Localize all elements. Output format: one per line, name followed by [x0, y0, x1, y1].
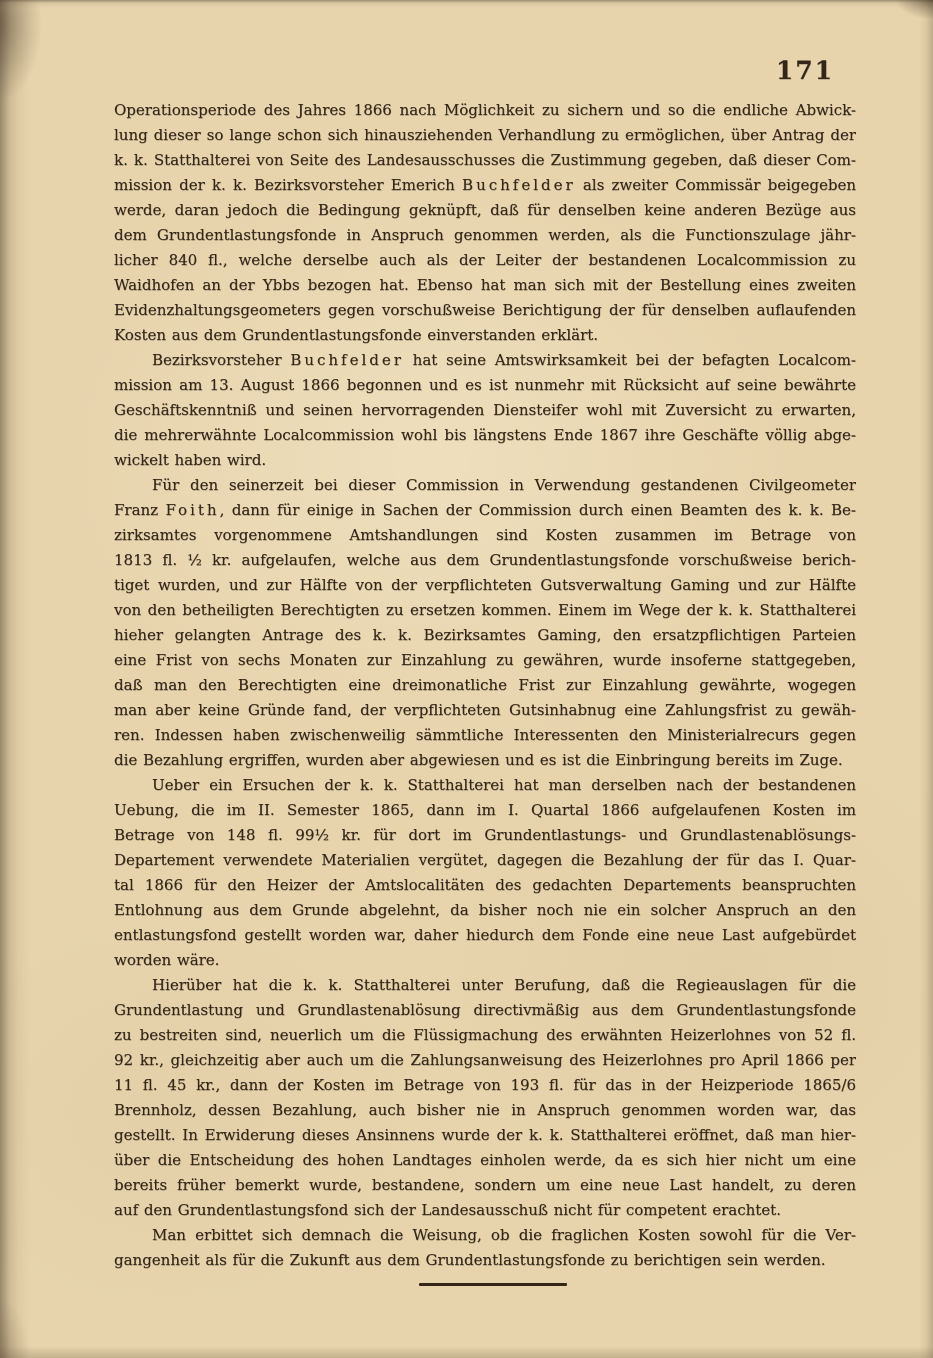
scan-corner-top-right-shadow: [873, 0, 933, 40]
text-line: die mehrerwähnte Localcommission wohl bi…: [114, 423, 856, 448]
text-line: mission der k. k. Bezirksvorsteher Emeri…: [114, 173, 856, 198]
section-divider: [419, 1283, 567, 1286]
paragraph: Man erbittet sich demnach die Weisung, o…: [114, 1223, 856, 1273]
text-line: Hierüber hat die k. k. Statthalterei unt…: [114, 973, 856, 998]
text-line: mission am 13. August 1866 begonnen und …: [114, 373, 856, 398]
text-line: Brennholz, dessen Bezahlung, auch bisher…: [114, 1098, 856, 1123]
scan-edge-left: [0, 0, 30, 1358]
text-line: Man erbittet sich demnach die Weisung, o…: [114, 1223, 856, 1248]
text-line: Entlohnung aus dem Grunde abgelehnt, da …: [114, 898, 856, 923]
text-line: bereits früher bemerkt wurde, bestandene…: [114, 1173, 856, 1198]
text-line: Waidhofen an der Ybbs bezogen hat. Ebens…: [114, 273, 856, 298]
text-line: lung dieser so lange schon sich hinauszi…: [114, 123, 856, 148]
scan-edge-top: [0, 0, 933, 8]
letterspaced-name: Foith: [165, 501, 219, 519]
paragraph: Operationsperiode des Jahres 1866 nach M…: [114, 98, 856, 348]
text-line: tiget wurden, und zur Hälfte von der ver…: [114, 573, 856, 598]
paragraph: Ueber ein Ersuchen der k. k. Statthalter…: [114, 773, 856, 973]
text-line: daß man den Berechtigten eine dreimonatl…: [114, 673, 856, 698]
text-line: Grundentlastung und Grundlastenablösung …: [114, 998, 856, 1023]
text-line: dem Grundentlastungsfonde in Anspruch ge…: [114, 223, 856, 248]
text-line: tal 1866 für den Heizer der Amtslocalitä…: [114, 873, 856, 898]
text-line: wickelt haben wird.: [114, 448, 856, 473]
text-line: 1813 fl. ½ kr. aufgelaufen, welche aus d…: [114, 548, 856, 573]
scan-edge-right: [919, 0, 933, 1358]
text-line: licher 840 fl., welche derselbe auch als…: [114, 248, 856, 273]
paragraph: Hierüber hat die k. k. Statthalterei unt…: [114, 973, 856, 1223]
text-line: Für den seinerzeit bei dieser Commission…: [114, 473, 856, 498]
page-number: 171: [776, 56, 834, 85]
text-line: die Bezahlung ergriffen, wurden aber abg…: [114, 748, 856, 773]
scan-corner-bottom-left-shadow: [0, 1268, 50, 1358]
scanned-book-page: 171 Operationsperiode des Jahres 1866 na…: [0, 0, 933, 1358]
text-line: eine Frist von sechs Monaten zur Einzahl…: [114, 648, 856, 673]
paragraph: Bezirksvorsteher Buchfelder hat seine Am…: [114, 348, 856, 473]
text-line: Uebung, die im II. Semester 1865, dann i…: [114, 798, 856, 823]
text-line: 92 kr., gleichzeitig aber auch um die Za…: [114, 1048, 856, 1073]
text-line: worden wäre.: [114, 948, 856, 973]
text-line: über die Entscheidung des hohen Landtage…: [114, 1148, 856, 1173]
text-line: Betrage von 148 fl. 99½ kr. für dort im …: [114, 823, 856, 848]
text-line: gestellt. In Erwiderung dieses Ansinnens…: [114, 1123, 856, 1148]
text-line: zu bestreiten sind, neuerlich um die Flü…: [114, 1023, 856, 1048]
text-line: Ueber ein Ersuchen der k. k. Statthalter…: [114, 773, 856, 798]
text-line: hieher gelangten Antrage des k. k. Bezir…: [114, 623, 856, 648]
text-line: Franz Foith, dann für einige in Sachen d…: [114, 498, 856, 523]
text-line: k. k. Statthalterei von Seite des Landes…: [114, 148, 856, 173]
text-line: von den betheiligten Berechtigten zu ers…: [114, 598, 856, 623]
text-line: Departement verwendete Materialien vergü…: [114, 848, 856, 873]
text-line: Geschäftskenntniß und seinen hervorragen…: [114, 398, 856, 423]
text-line: man aber keine Gründe fand, der verpflic…: [114, 698, 856, 723]
paragraph: Für den seinerzeit bei dieser Commission…: [114, 473, 856, 773]
text-line: zirksamtes vorgenommene Amtshandlungen s…: [114, 523, 856, 548]
text-line: 11 fl. 45 kr., dann der Kosten im Betrag…: [114, 1073, 856, 1098]
text-line: Bezirksvorsteher Buchfelder hat seine Am…: [114, 348, 856, 373]
text-line: Operationsperiode des Jahres 1866 nach M…: [114, 98, 856, 123]
text-line: entlastungsfond gestellt worden war, dah…: [114, 923, 856, 948]
text-line: gangenheit als für die Zukunft aus dem G…: [114, 1248, 856, 1273]
text-line: werde, daran jedoch die Bedingung geknüp…: [114, 198, 856, 223]
text-line: Evidenzhaltungsgeometers gegen vorschußw…: [114, 298, 856, 323]
scan-edge-bottom: [0, 1346, 933, 1358]
letterspaced-name: Buchfelder: [290, 351, 404, 369]
text-line: auf den Grundentlastungsfond sich der La…: [114, 1198, 856, 1223]
text-line: ren. Indessen haben zwischenweilig sämmt…: [114, 723, 856, 748]
letterspaced-name: Buchfelder: [462, 176, 576, 194]
text-block: Operationsperiode des Jahres 1866 nach M…: [114, 98, 856, 1273]
text-line: Kosten aus dem Grundentlastungsfonde ein…: [114, 323, 856, 348]
scan-corner-top-left-shadow: [0, 0, 70, 120]
